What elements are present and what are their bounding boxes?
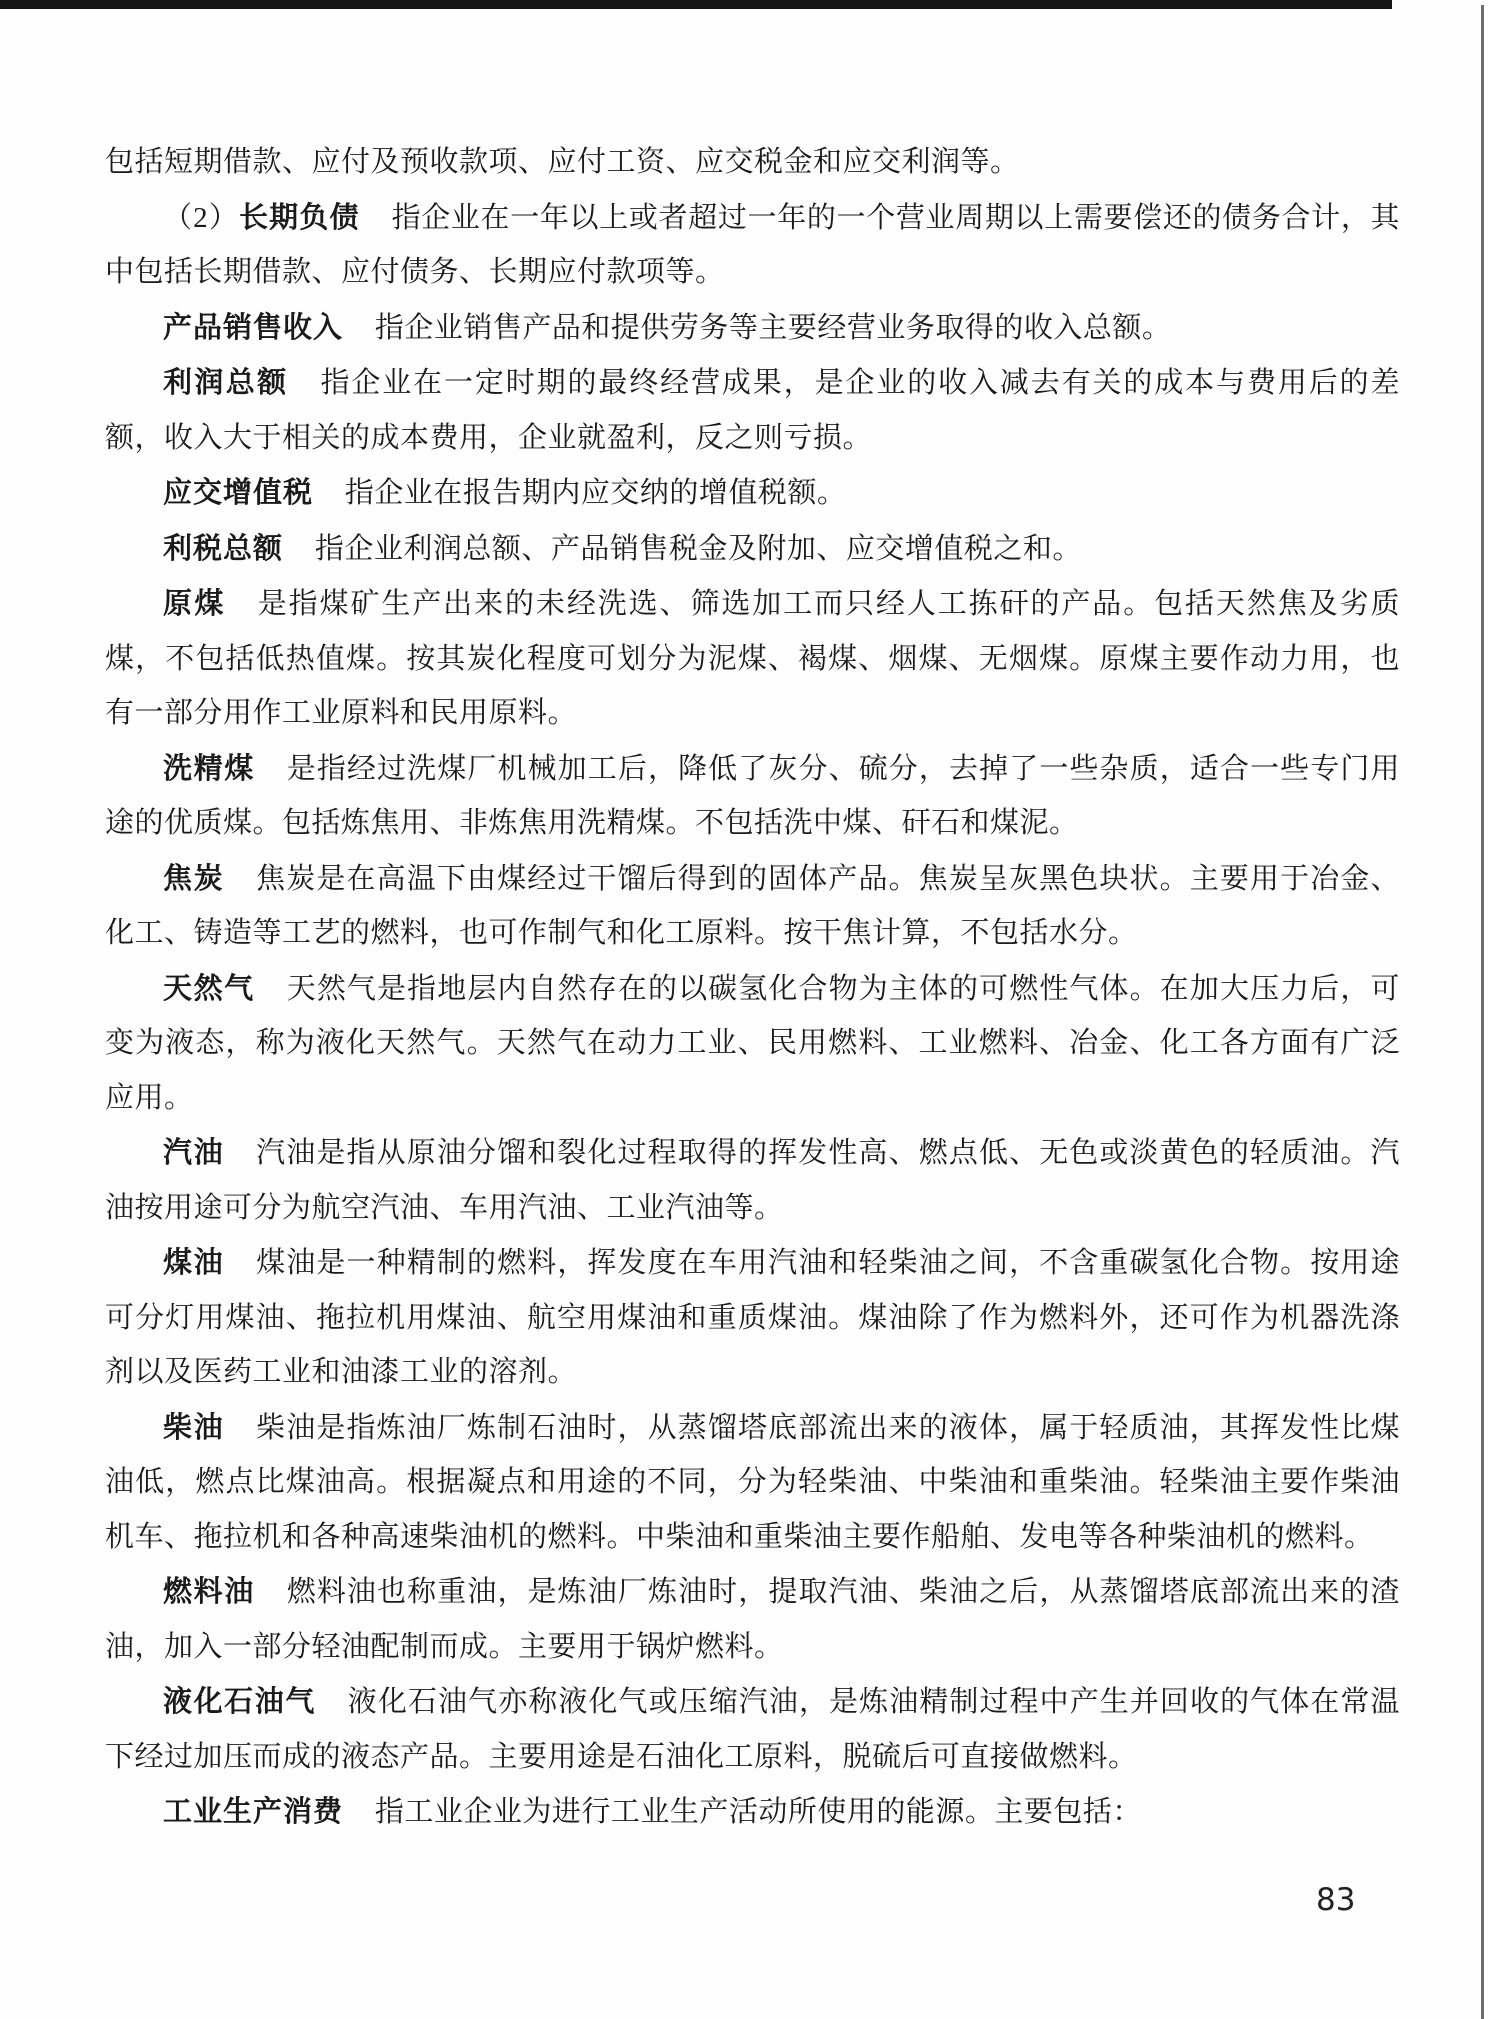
- paragraph-text: 指企业在报告期内应交纳的增值税额。: [345, 477, 847, 509]
- paragraph: 燃料油燃料油也称重油，是炼油厂炼油时，提取汽油、柴油之后，从蒸馏塔底部流出来的渣…: [105, 1564, 1400, 1674]
- term-bold: 利税总额: [163, 531, 283, 565]
- term-bold: 液化石油气: [163, 1684, 316, 1718]
- paragraph-text: 是指煤矿生产出来的未经洗选、筛选加工而只经人工拣矸的产品。包括天然焦及劣质煤，不…: [105, 588, 1400, 729]
- scan-edge-top: [0, 0, 1392, 9]
- term-bold: 柴油: [163, 1410, 224, 1444]
- scan-edge-right: [1481, 5, 1484, 2019]
- page-number: 83: [1316, 1882, 1355, 1918]
- paragraph: 工业生产消费指工业企业为进行工业生产活动所使用的能源。主要包括：: [105, 1784, 1400, 1840]
- term-bold: 利润总额: [163, 365, 289, 399]
- term-bold: 焦炭: [163, 861, 224, 895]
- paragraph-text: 煤油是一种精制的燃料，挥发度在车用汽油和轻柴油之间，不含重碳氢化合物。按用途可分…: [105, 1247, 1400, 1388]
- term-bold: 应交增值税: [163, 475, 313, 509]
- paragraph: 产品销售收入指企业销售产品和提供劳务等主要经营业务取得的收入总额。: [105, 300, 1400, 356]
- paragraph-text: 是指经过洗煤厂机械加工后，降低了灰分、硫分，去掉了一些杂质，适合一些专门用途的优…: [105, 753, 1400, 840]
- paragraph-text: 焦炭是在高温下由煤经过干馏后得到的固体产品。焦炭呈灰黑色块状。主要用于冶金、化工…: [105, 863, 1400, 950]
- paragraph: 汽油汽油是指从原油分馏和裂化过程取得的挥发性高、燃点低、无色或淡黄色的轻质油。汽…: [105, 1125, 1400, 1235]
- paragraph-text: 汽油是指从原油分馏和裂化过程取得的挥发性高、燃点低、无色或淡黄色的轻质油。汽油按…: [105, 1137, 1400, 1224]
- term-bold: 洗精煤: [163, 751, 255, 785]
- paragraph: 液化石油气液化石油气亦称液化气或压缩汽油，是炼油精制过程中产生并回收的气体在常温…: [105, 1674, 1400, 1784]
- paragraph-text: 燃料油也称重油，是炼油厂炼油时，提取汽油、柴油之后，从蒸馏塔底部流出来的渣油，加…: [105, 1576, 1400, 1663]
- term-bold: 煤油: [163, 1245, 224, 1279]
- paragraph: 原煤是指煤矿生产出来的未经洗选、筛选加工而只经人工拣矸的产品。包括天然焦及劣质煤…: [105, 576, 1400, 741]
- paragraph: 柴油柴油是指炼油厂炼制石油时，从蒸馏塔底部流出来的液体，属于轻质油，其挥发性比煤…: [105, 1400, 1400, 1565]
- term-bold: 汽油: [163, 1135, 224, 1169]
- document-page: 包括短期借款、应付及预收款项、应付工资、应交税金和应交利润等。 （2）长期负债指…: [0, 0, 1488, 2019]
- paragraph: 利税总额指企业利润总额、产品销售税金及附加、应交增值税之和。: [105, 521, 1400, 577]
- paragraph-text: 指企业利润总额、产品销售税金及附加、应交增值税之和。: [315, 533, 1082, 565]
- paragraph-prefix: （2）: [163, 202, 239, 234]
- term-bold: 产品销售收入: [163, 310, 343, 344]
- text-block: 包括短期借款、应付及预收款项、应付工资、应交税金和应交利润等。 （2）长期负债指…: [105, 135, 1400, 1840]
- term-bold: 原煤: [163, 586, 226, 620]
- paragraph: 利润总额指企业在一定时期的最终经营成果，是企业的收入减去有关的成本与费用后的差额…: [105, 355, 1400, 465]
- term-bold: 天然气: [163, 971, 255, 1005]
- term-bold: 长期负债: [239, 200, 360, 234]
- paragraph: 天然气天然气是指地层内自然存在的以碳氢化合物为主体的可燃性气体。在加大压力后，可…: [105, 961, 1400, 1126]
- paragraph: 应交增值税指企业在报告期内应交纳的增值税额。: [105, 465, 1400, 521]
- term-bold: 工业生产消费: [163, 1794, 343, 1828]
- paragraph-text: 包括短期借款、应付及预收款项、应付工资、应交税金和应交利润等。: [105, 146, 1020, 178]
- paragraph-text: 天然气是指地层内自然存在的以碳氢化合物为主体的可燃性气体。在加大压力后，可变为液…: [105, 973, 1400, 1114]
- paragraph: 洗精煤是指经过洗煤厂机械加工后，降低了灰分、硫分，去掉了一些杂质，适合一些专门用…: [105, 741, 1400, 851]
- paragraph-text: 指企业销售产品和提供劳务等主要经营业务取得的收入总额。: [375, 312, 1172, 344]
- paragraph: 包括短期借款、应付及预收款项、应付工资、应交税金和应交利润等。: [105, 135, 1400, 190]
- paragraph: 焦炭焦炭是在高温下由煤经过干馏后得到的固体产品。焦炭呈灰黑色块状。主要用于冶金、…: [105, 851, 1400, 961]
- paragraph-text: 柴油是指炼油厂炼制石油时，从蒸馏塔底部流出来的液体，属于轻质油，其挥发性比煤油低…: [105, 1412, 1400, 1553]
- paragraph: （2）长期负债指企业在一年以上或者超过一年的一个营业周期以上需要偿还的债务合计，…: [105, 190, 1400, 300]
- paragraph-text: 指工业企业为进行工业生产活动所使用的能源。主要包括：: [375, 1796, 1142, 1828]
- paragraph: 煤油煤油是一种精制的燃料，挥发度在车用汽油和轻柴油之间，不含重碳氢化合物。按用途…: [105, 1235, 1400, 1400]
- paragraph-text: 指企业在一定时期的最终经营成果，是企业的收入减去有关的成本与费用后的差额，收入大…: [105, 367, 1400, 454]
- term-bold: 燃料油: [163, 1574, 255, 1608]
